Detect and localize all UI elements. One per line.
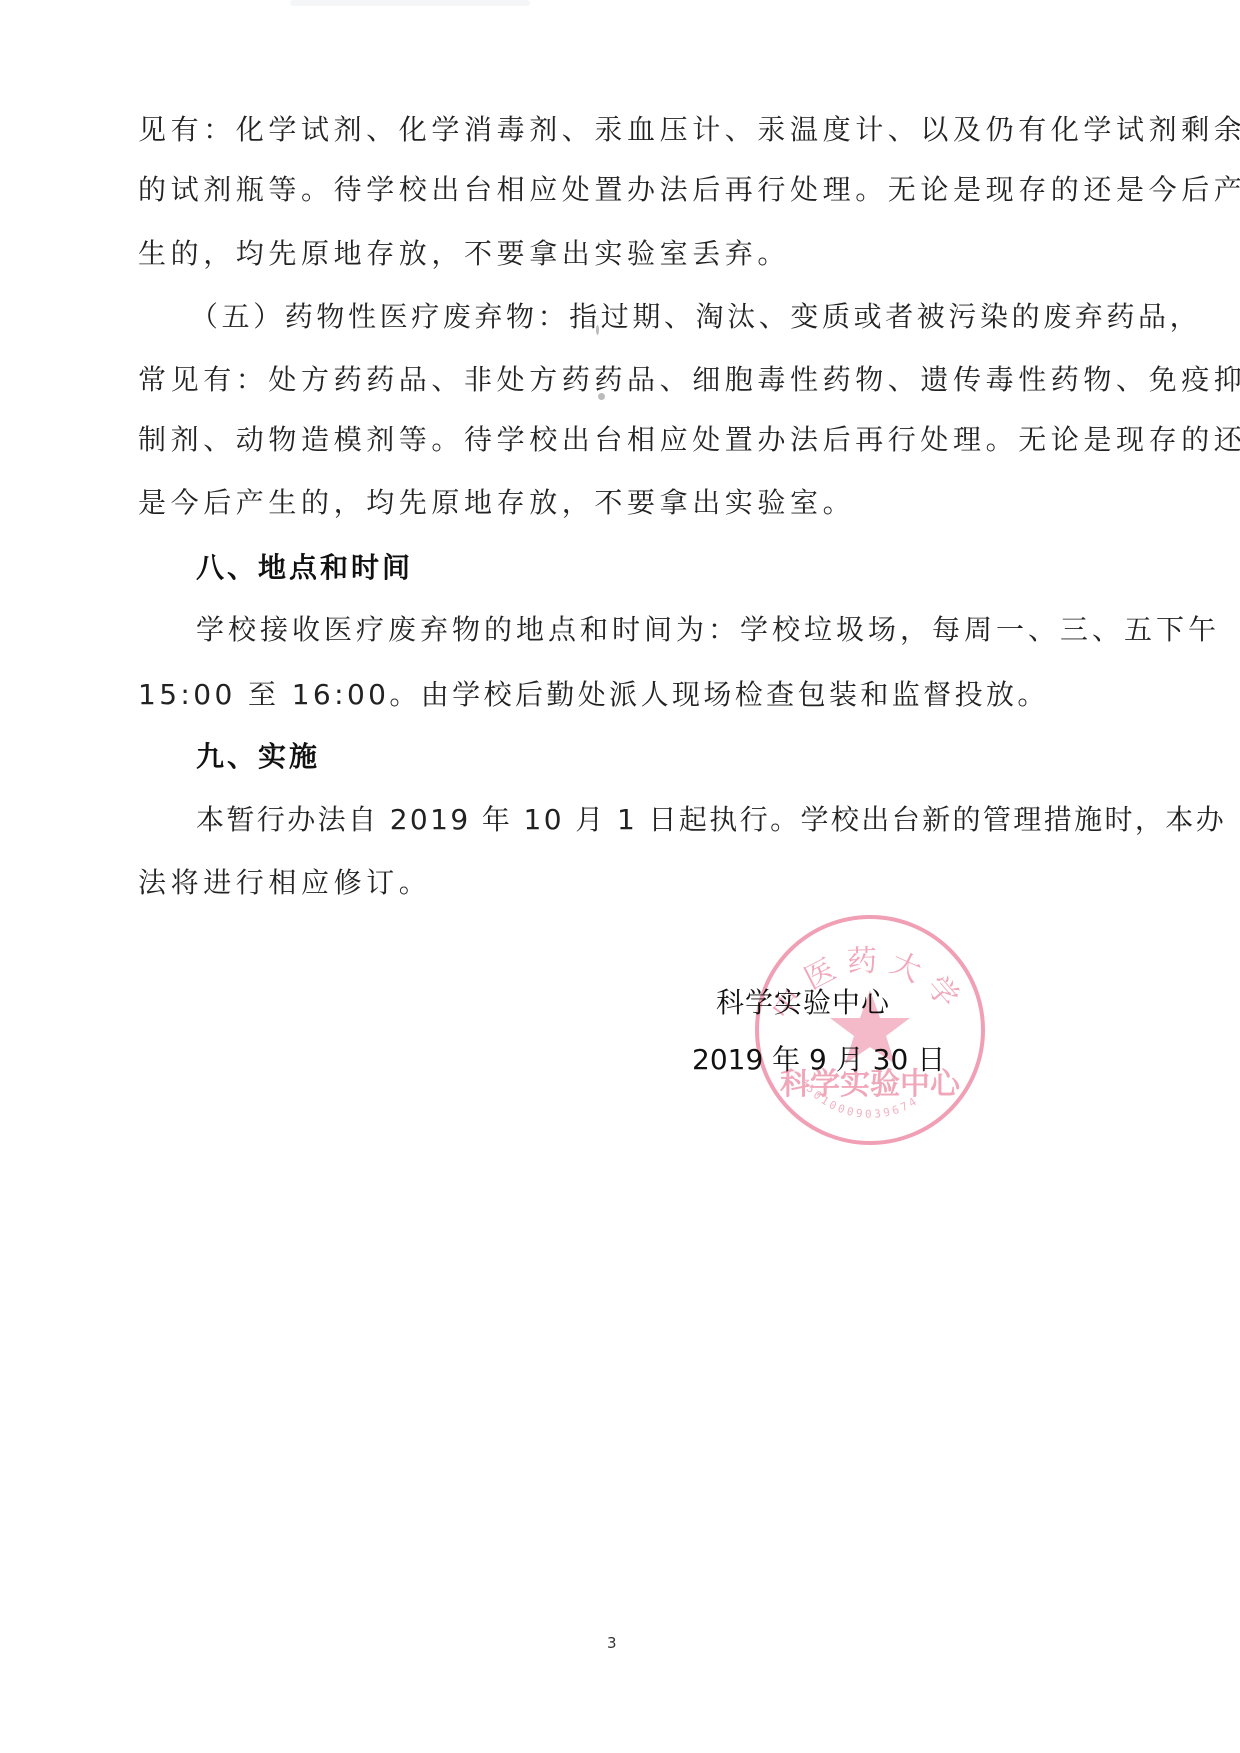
official-seal: 中医药大学 科学实验中心 45010009039674 [752,912,988,1148]
body-line: 是今后产生的，均先原地存放，不要拿出实验室。 [138,485,1118,521]
scan-speck [596,325,599,335]
body-line: 生的，均先原地存放，不要拿出实验室丢弃。 [138,236,1118,272]
seal-icon: 中医药大学 科学实验中心 45010009039674 [752,912,988,1148]
body-line: （五）药物性医疗废弃物：指过期、淘汰、变质或者被污染的废弃药品， [190,299,1170,335]
body-line: 学校接收医疗废弃物的地点和时间为：学校垃圾场，每周一、三、五下午 [196,612,1176,648]
signature-organization: 科学实验中心 [716,985,890,1021]
scan-artifact [290,0,530,6]
body-line: 见有：化学试剂、化学消毒剂、汞血压计、汞温度计、以及仍有化学试剂剩余 [138,112,1118,148]
scan-speck [598,393,605,400]
section-heading: 八、地点和时间 [196,550,1176,586]
body-line: 常见有：处方药药品、非处方药药品、细胞毒性药物、遗传毒性药物、免疫抑 [138,362,1118,398]
body-line: 的试剂瓶等。待学校出台相应处置办法后再行处理。无论是现存的还是今后产 [138,172,1118,208]
body-line: 本暂行办法自 2019 年 10 月 1 日起执行。学校出台新的管理措施时，本办 [196,802,1176,838]
signature-date: 2019 年 9 月 30 日 [692,1042,945,1078]
body-line: 制剂、动物造模剂等。待学校出台相应处置办法后再行处理。无论是现存的还 [138,422,1118,458]
page-number: 3 [607,1634,617,1652]
body-line: 法将进行相应修订。 [138,865,1118,901]
section-heading: 九、实施 [196,739,1176,775]
body-line: 15:00 至 16:00。由学校后勤处派人现场检查包装和监督投放。 [138,677,1118,713]
